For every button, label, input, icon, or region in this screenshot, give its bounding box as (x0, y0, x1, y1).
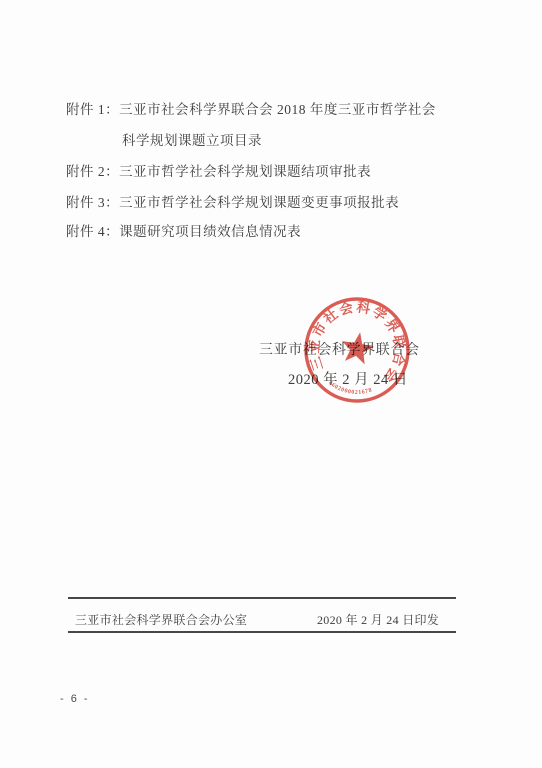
attachment-item-1: 附件 1：三亚市社会科学界联合会 2018 年度三亚市哲学社会 (66, 98, 436, 118)
seal-star-icon (339, 329, 376, 365)
attachment-item-1-continuation: 科学规划课题立项目录 (122, 129, 262, 149)
footer-rule-top (68, 597, 456, 599)
footer-rule-bottom (68, 631, 456, 633)
footer-office: 三亚市社会科学界联合会办公室 (75, 611, 247, 628)
footer-print-date: 2020 年 2 月 24 日印发 (317, 611, 439, 628)
document-page: 附件 1：三亚市社会科学界联合会 2018 年度三亚市哲学社会 科学规划课题立项… (0, 0, 542, 768)
attachment-item-3: 附件 3：三亚市哲学社会科学规划课题变更事项报批表 (66, 191, 399, 211)
page-number: - 6 - (60, 693, 90, 705)
attachment-item-2: 附件 2：三亚市哲学社会科学规划课题结项审批表 (66, 160, 371, 180)
attachment-item-4: 附件 4：课题研究项目绩效信息情况表 (66, 220, 301, 240)
official-seal: 三亚市社会科学界联合会 4602000021678 (297, 290, 417, 410)
